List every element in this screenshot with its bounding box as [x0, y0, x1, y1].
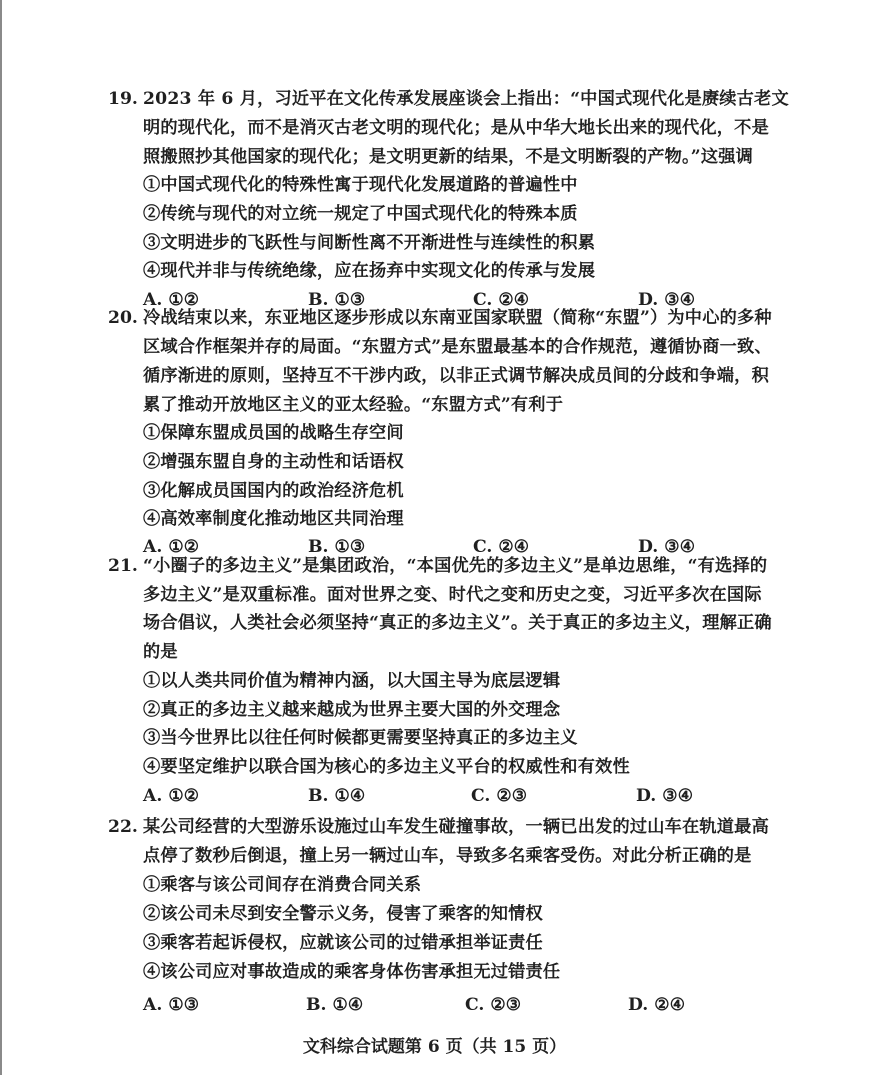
option-b: B.①④ — [308, 782, 365, 810]
statement: ③乘客若起诉侵权，应就该公司的过错承担举证责任 — [143, 929, 543, 957]
exam-page: 19. 2023 年 6 月，习近平在文化传承发展座谈会上指出：“中国式现代化是… — [0, 0, 869, 1075]
option-a: A.①② — [143, 782, 199, 810]
question-number: 21. — [108, 552, 138, 580]
statement: ④现代并非与传统绝缘，应在扬弃中实现文化的传承与发展 — [143, 257, 595, 285]
answer-options: A.①② B.①④ C.②③ D.③④ — [143, 782, 783, 810]
question-stem-line: 冷战结束以来，东亚地区逐步形成以东南亚国家联盟（简称“东盟”）为中心的多种 — [143, 304, 772, 332]
question-stem-line: 点停了数秒后倒退，撞上另一辆过山车，导致多名乘客受伤。对此分析正确的是 — [143, 842, 752, 870]
answer-options: A.①③ B.①④ C.②③ D.②④ — [143, 991, 783, 1019]
question-stem-line: 多边主义”是双重标准。面对世界之变、时代之变和历史之变，习近平多次在国际 — [143, 581, 762, 609]
statement: ③文明进步的飞跃性与间断性离不开渐进性与连续性的积累 — [143, 229, 595, 257]
question-stem-line: 2023 年 6 月，习近平在文化传承发展座谈会上指出：“中国式现代化是赓续古老… — [143, 85, 789, 113]
question-number: 20. — [108, 304, 138, 332]
statement: ②真正的多边主义越来越成为世界主要大国的外交理念 — [143, 696, 560, 724]
page-footer: 文科综合试题第 6 页（共 15 页） — [0, 1033, 869, 1061]
option-d: D.③④ — [636, 782, 693, 810]
question-stem-line: 区域合作框架并存的局面。“东盟方式”是东盟最基本的合作规范，遵循协商一致、 — [143, 333, 772, 361]
question-number: 19. — [108, 85, 138, 113]
statement: ①以人类共同价值为精神内涵，以大国主导为底层逻辑 — [143, 667, 560, 695]
statement: ①中国式现代化的特殊性寓于现代化发展道路的普遍性中 — [143, 171, 578, 199]
option-d: D.②④ — [628, 991, 685, 1019]
statement: ①乘客与该公司间存在消费合同关系 — [143, 871, 421, 899]
statement: ③当今世界比以往任何时候都更需要坚持真正的多边主义 — [143, 724, 578, 752]
question-stem-line: 照搬照抄其他国家的现代化；是文明更新的结果，不是文明断裂的产物。”这强调 — [143, 143, 753, 171]
statement: ①保障东盟成员国的战略生存空间 — [143, 419, 404, 447]
question-stem-line: 的是 — [143, 638, 178, 666]
statement: ③化解成员国国内的政治经济危机 — [143, 477, 404, 505]
statement: ②传统与现代的对立统一规定了中国式现代化的特殊本质 — [143, 200, 578, 228]
option-a: A.①③ — [143, 991, 199, 1019]
statement: ②该公司未尽到安全警示义务，侵害了乘客的知情权 — [143, 900, 543, 928]
option-b: B.①④ — [306, 991, 363, 1019]
question-stem-line: 明的现代化，而不是消灭古老文明的现代化；是从中华大地长出来的现代化，不是 — [143, 114, 769, 142]
statement: ②增强东盟自身的主动性和话语权 — [143, 448, 404, 476]
question-stem-line: 循序渐进的原则，坚持互不干涉内政，以非正式调节解决成员间的分歧和争端，积 — [143, 362, 769, 390]
option-c: C.②③ — [471, 782, 527, 810]
question-stem-line: 某公司经营的大型游乐设施过山车发生碰撞事故，一辆已出发的过山车在轨道最高 — [143, 813, 769, 841]
option-c: C.②③ — [465, 991, 521, 1019]
question-number: 22. — [108, 813, 138, 841]
statement: ④要坚定维护以联合国为核心的多边主义平台的权威性和有效性 — [143, 753, 630, 781]
question-stem-line: 场合倡议，人类社会必须坚持“真正的多边主义”。关于真正的多边主义，理解正确 — [143, 609, 772, 637]
statement: ④高效率制度化推动地区共同治理 — [143, 505, 404, 533]
question-stem-line: “小圈子的多边主义”是集团政治，“本国优先的多边主义”是单边思维，“有选择的 — [143, 552, 767, 580]
question-stem-line: 累了推动开放地区主义的亚太经验。“东盟方式”有利于 — [143, 391, 563, 419]
statement: ④该公司应对事故造成的乘客身体伤害承担无过错责任 — [143, 958, 560, 986]
